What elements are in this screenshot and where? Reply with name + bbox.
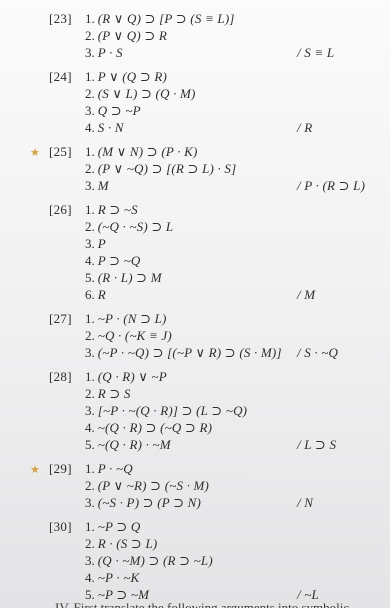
conclusion: / P · (R ⊃ L): [297, 177, 365, 194]
premise-lines: 1.(Q · R) ∨ ~P 2.R ⊃ S 3.[~P · ~(Q · R)]…: [85, 368, 390, 453]
formula: (P ∨ ~R) ⊃ (~S · M): [98, 478, 209, 493]
premise-line: 3.M / P · (R ⊃ L): [85, 177, 390, 194]
premise-line: 2.R ⊃ S: [85, 385, 390, 402]
premise-line: 4.~(Q · R) ⊃ (~Q ⊃ R): [85, 419, 390, 436]
problem-number: [26]: [49, 201, 72, 218]
problem: ★ [26] 1.R ⊃ ~S 2.(~Q · ~S) ⊃ L 3.P 4.P …: [0, 201, 390, 303]
conclusion: / S · ~Q: [297, 344, 338, 361]
problem-number: [23]: [49, 10, 72, 27]
line-number: 4.: [85, 420, 95, 435]
formula: ~P · (N ⊃ L): [98, 311, 167, 326]
premise-lines: 1.~P · (N ⊃ L) 2.~Q · (~K ≡ J) 3.(~P · ~…: [85, 310, 390, 361]
premise-line: 2.(~Q · ~S) ⊃ L: [85, 218, 390, 235]
conclusion: / N: [297, 494, 313, 511]
formula: (M ∨ N) ⊃ (P · K): [98, 144, 198, 159]
premise-line: 3.P · S / S ≡ L: [85, 44, 390, 61]
line-number: 1.: [85, 69, 95, 84]
premise-line: 1.P ∨ (Q ⊃ R): [85, 68, 390, 85]
premise-line: 3.(Q · ~M) ⊃ (R ⊃ ~L): [85, 552, 390, 569]
formula: P · S: [98, 45, 123, 60]
line-number: 2.: [85, 328, 95, 343]
formula: (P ∨ Q) ⊃ R: [98, 28, 167, 43]
textbook-page: ★ [23] 1.(R ∨ Q) ⊃ [P ⊃ (S ≡ L)] 2.(P ∨ …: [0, 0, 390, 608]
premise-line: 3.P: [85, 235, 390, 252]
formula: (Q · ~M) ⊃ (R ⊃ ~L): [98, 553, 213, 568]
problem-number: [27]: [49, 310, 72, 327]
problem: ★ [29] 1.P · ~Q 2.(P ∨ ~R) ⊃ (~S · M) 3.…: [0, 460, 390, 511]
formula: P ∨ (Q ⊃ R): [98, 69, 167, 84]
line-number: 1.: [85, 202, 95, 217]
line-number: 2.: [85, 86, 95, 101]
problem: ★ [23] 1.(R ∨ Q) ⊃ [P ⊃ (S ≡ L)] 2.(P ∨ …: [0, 10, 390, 61]
line-number: 3.: [85, 403, 95, 418]
premise-line: 2.(P ∨ ~R) ⊃ (~S · M): [85, 477, 390, 494]
problem: ★ [30] 1.~P ⊃ Q 2.R · (S ⊃ L) 3.(Q · ~M)…: [0, 518, 390, 603]
formula: R: [98, 287, 106, 302]
premise-lines: 1.P ∨ (Q ⊃ R) 2.(S ∨ L) ⊃ (Q · M) 3.Q ⊃ …: [85, 68, 390, 136]
problem-number: [29]: [49, 460, 72, 477]
formula: (P ∨ ~Q) ⊃ [(R ⊃ L) · S]: [98, 161, 237, 176]
star-icon: ★: [30, 461, 40, 478]
premise-line: 3.[~P · ~(Q · R)] ⊃ (L ⊃ ~Q): [85, 402, 390, 419]
formula: [~P · ~(Q · R)] ⊃ (L ⊃ ~Q): [98, 403, 247, 418]
formula: P ⊃ ~Q: [98, 253, 141, 268]
formula: R · (S ⊃ L): [98, 536, 158, 551]
premise-line: 1.(Q · R) ∨ ~P: [85, 368, 390, 385]
formula: R ⊃ ~S: [98, 202, 138, 217]
line-number: 4.: [85, 120, 95, 135]
line-number: 6.: [85, 287, 95, 302]
formula: ~P · ~K: [98, 570, 140, 585]
premise-line: 3.(~P · ~Q) ⊃ [(~P ∨ R) ⊃ (S · M)] / S ·…: [85, 344, 390, 361]
line-number: 1.: [85, 311, 95, 326]
problem-number: [24]: [49, 68, 72, 85]
line-number: 3.: [85, 236, 95, 251]
formula: (S ∨ L) ⊃ (Q · M): [98, 86, 196, 101]
premise-line: 2.~Q · (~K ≡ J): [85, 327, 390, 344]
premise-line: 3.(~S · P) ⊃ (P ⊃ N) / N: [85, 494, 390, 511]
line-number: 1.: [85, 369, 95, 384]
line-number: 1.: [85, 461, 95, 476]
premise-line: 5.~(Q · R) · ~M / L ⊃ S: [85, 436, 390, 453]
formula: (~S · P) ⊃ (P ⊃ N): [98, 495, 201, 510]
line-number: 3.: [85, 178, 95, 193]
problem: ★ [24] 1.P ∨ (Q ⊃ R) 2.(S ∨ L) ⊃ (Q · M)…: [0, 68, 390, 136]
problem-list: ★ [23] 1.(R ∨ Q) ⊃ [P ⊃ (S ≡ L)] 2.(P ∨ …: [0, 0, 390, 603]
premise-line: 1.(R ∨ Q) ⊃ [P ⊃ (S ≡ L)]: [85, 10, 390, 27]
premise-line: 2.(P ∨ Q) ⊃ R: [85, 27, 390, 44]
line-number: 2.: [85, 536, 95, 551]
premise-line: 1.~P ⊃ Q: [85, 518, 390, 535]
line-number: 2.: [85, 478, 95, 493]
premise-line: 1.(M ∨ N) ⊃ (P · K): [85, 143, 390, 160]
premise-line: 1.P · ~Q: [85, 460, 390, 477]
formula: ~(Q · R) ⊃ (~Q ⊃ R): [98, 420, 212, 435]
formula: (R ∨ Q) ⊃ [P ⊃ (S ≡ L)]: [98, 11, 235, 26]
line-number: 3.: [85, 103, 95, 118]
formula: ~P ⊃ Q: [98, 519, 141, 534]
formula: P · ~Q: [98, 461, 133, 476]
formula: ~(Q · R) · ~M: [98, 437, 171, 452]
line-number: 2.: [85, 28, 95, 43]
line-number: 5.: [85, 270, 95, 285]
line-number: 2.: [85, 219, 95, 234]
premise-line: 4.~P · ~K: [85, 569, 390, 586]
premise-line: 2.(S ∨ L) ⊃ (Q · M): [85, 85, 390, 102]
problem: ★ [28] 1.(Q · R) ∨ ~P 2.R ⊃ S 3.[~P · ~(…: [0, 368, 390, 453]
premise-line: 4.P ⊃ ~Q: [85, 252, 390, 269]
problem: ★ [27] 1.~P · (N ⊃ L) 2.~Q · (~K ≡ J) 3.…: [0, 310, 390, 361]
formula: (R · L) ⊃ M: [98, 270, 162, 285]
formula: P: [98, 236, 106, 251]
line-number: 3.: [85, 345, 95, 360]
formula: (Q · R) ∨ ~P: [98, 369, 167, 384]
formula: S · N: [98, 120, 124, 135]
next-section-heading-clipped: IV. First translate the following argume…: [55, 600, 385, 608]
line-number: 3.: [85, 45, 95, 60]
formula: R ⊃ S: [98, 386, 131, 401]
premise-lines: 1.(M ∨ N) ⊃ (P · K) 2.(P ∨ ~Q) ⊃ [(R ⊃ L…: [85, 143, 390, 194]
line-number: 4.: [85, 253, 95, 268]
formula: ~Q · (~K ≡ J): [98, 328, 172, 343]
conclusion: / R: [297, 119, 312, 136]
premise-line: 1.R ⊃ ~S: [85, 201, 390, 218]
formula: M: [98, 178, 109, 193]
conclusion: / S ≡ L: [297, 44, 334, 61]
premise-line: 5.(R · L) ⊃ M: [85, 269, 390, 286]
line-number: 1.: [85, 11, 95, 26]
formula: Q ⊃ ~P: [98, 103, 141, 118]
premise-line: 4.S · N / R: [85, 119, 390, 136]
formula: (~P · ~Q) ⊃ [(~P ∨ R) ⊃ (S · M)]: [98, 345, 282, 360]
premise-lines: 1.~P ⊃ Q 2.R · (S ⊃ L) 3.(Q · ~M) ⊃ (R ⊃…: [85, 518, 390, 603]
conclusion: / M: [297, 286, 315, 303]
premise-line: 6.R / M: [85, 286, 390, 303]
conclusion: / L ⊃ S: [297, 436, 336, 453]
premise-line: 2.(P ∨ ~Q) ⊃ [(R ⊃ L) · S]: [85, 160, 390, 177]
premise-lines: 1.(R ∨ Q) ⊃ [P ⊃ (S ≡ L)] 2.(P ∨ Q) ⊃ R …: [85, 10, 390, 61]
line-number: 5.: [85, 437, 95, 452]
problem-number: [28]: [49, 368, 72, 385]
premise-line: 2.R · (S ⊃ L): [85, 535, 390, 552]
line-number: 4.: [85, 570, 95, 585]
problem-number: [25]: [49, 143, 72, 160]
line-number: 1.: [85, 144, 95, 159]
problem-number: [30]: [49, 518, 72, 535]
formula: (~Q · ~S) ⊃ L: [98, 219, 174, 234]
line-number: 2.: [85, 386, 95, 401]
line-number: 1.: [85, 519, 95, 534]
problem: ★ [25] 1.(M ∨ N) ⊃ (P · K) 2.(P ∨ ~Q) ⊃ …: [0, 143, 390, 194]
star-icon: ★: [30, 144, 40, 161]
premise-line: 1.~P · (N ⊃ L): [85, 310, 390, 327]
line-number: 2.: [85, 161, 95, 176]
premise-line: 3.Q ⊃ ~P: [85, 102, 390, 119]
premise-lines: 1.R ⊃ ~S 2.(~Q · ~S) ⊃ L 3.P 4.P ⊃ ~Q 5.…: [85, 201, 390, 303]
premise-lines: 1.P · ~Q 2.(P ∨ ~R) ⊃ (~S · M) 3.(~S · P…: [85, 460, 390, 511]
line-number: 3.: [85, 553, 95, 568]
line-number: 3.: [85, 495, 95, 510]
